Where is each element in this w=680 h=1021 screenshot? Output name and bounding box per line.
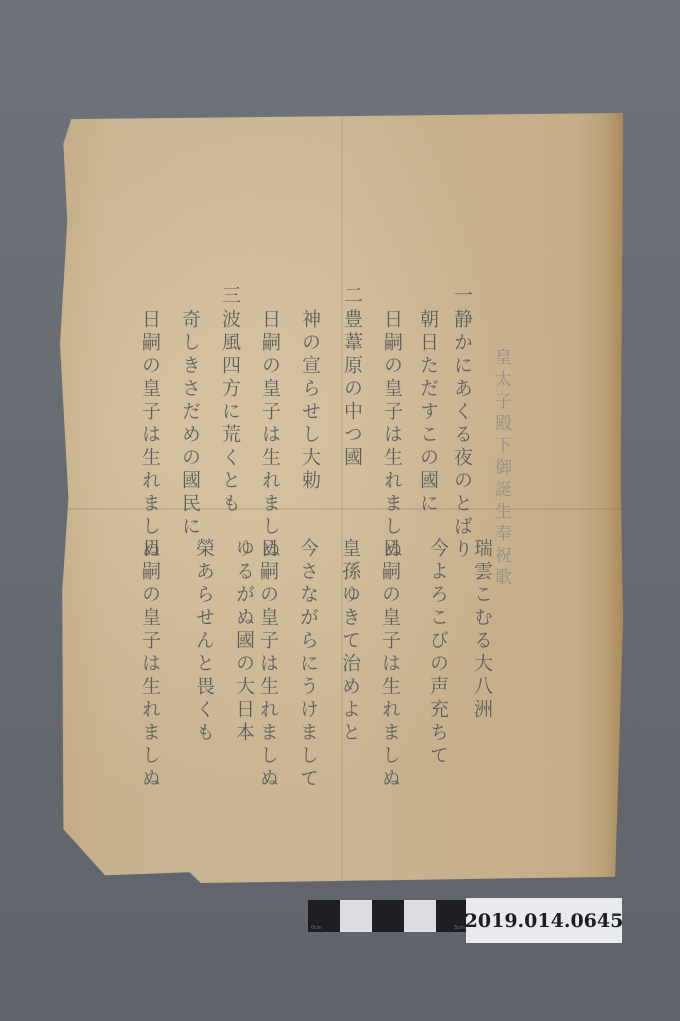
verse-1-line-1: 静かにあくる夜のとばり (452, 309, 471, 562)
verse-2-line-4: 皇孫ゆきて治めよと (340, 538, 359, 745)
verse-1-line-2: 朝日ただすこの國に (418, 309, 437, 516)
edge-stain (605, 113, 623, 883)
scale-segment-white (340, 900, 372, 932)
verse-2-line-5: 今さながらにうけまして (298, 538, 317, 791)
verse-2-line-1: 豊葦原の中つ國 (342, 309, 361, 470)
verse-3-line-2: 奇しきさだめの國民に (180, 309, 199, 539)
verse-3-line-5: 榮あらせんと畏くも (194, 538, 213, 745)
verse-2-line-2: 神の宣らせし大勅 (300, 309, 319, 493)
verse-2-line-3: 日嗣の皇子は生れましぬ (260, 309, 279, 562)
verse-2-line-6: 日嗣の皇子は生れましぬ (258, 538, 277, 791)
verse-3-line-3: 日嗣の皇子は生れましぬ (140, 309, 159, 562)
verse-3-line-6: 日嗣の皇子は生れましぬ (140, 538, 159, 791)
fold-crease-vertical (341, 113, 343, 883)
color-scale-bar: 0cm 5cm (308, 900, 468, 932)
verse-1-marker: 一 (452, 285, 471, 308)
verse-3-line-4: ゆるがぬ國の大日本 (234, 538, 253, 745)
scale-mark-start: 0cm (311, 925, 322, 931)
verse-3-marker: 三 (220, 285, 239, 308)
verse-1-line-6: 日嗣の皇子は生れましぬ (380, 538, 399, 791)
verse-3-line-1: 波風四方に荒くとも (220, 309, 239, 516)
verse-1-line-5: 今よろこびの声充ちて (428, 538, 447, 768)
verse-1-line-4: 瑞雲こむる大八洲 (472, 538, 491, 722)
scale-mark-end: 5cm (454, 925, 465, 931)
scale-segment-white (404, 900, 436, 932)
verse-1-line-3: 日嗣の皇子は生れましぬ (382, 309, 401, 562)
catalog-number-label: 2019.014.0645 (466, 898, 622, 943)
verse-2-marker: 二 (342, 285, 361, 308)
scale-segment-black (372, 900, 404, 932)
manuscript-paper: 皇太子殿下御誕生奉祝歌 一 静かにあくる夜のとばり 朝日ただすこの國に 日嗣の皇… (60, 113, 623, 883)
song-title: 皇太子殿下御誕生奉祝歌 (492, 348, 509, 590)
